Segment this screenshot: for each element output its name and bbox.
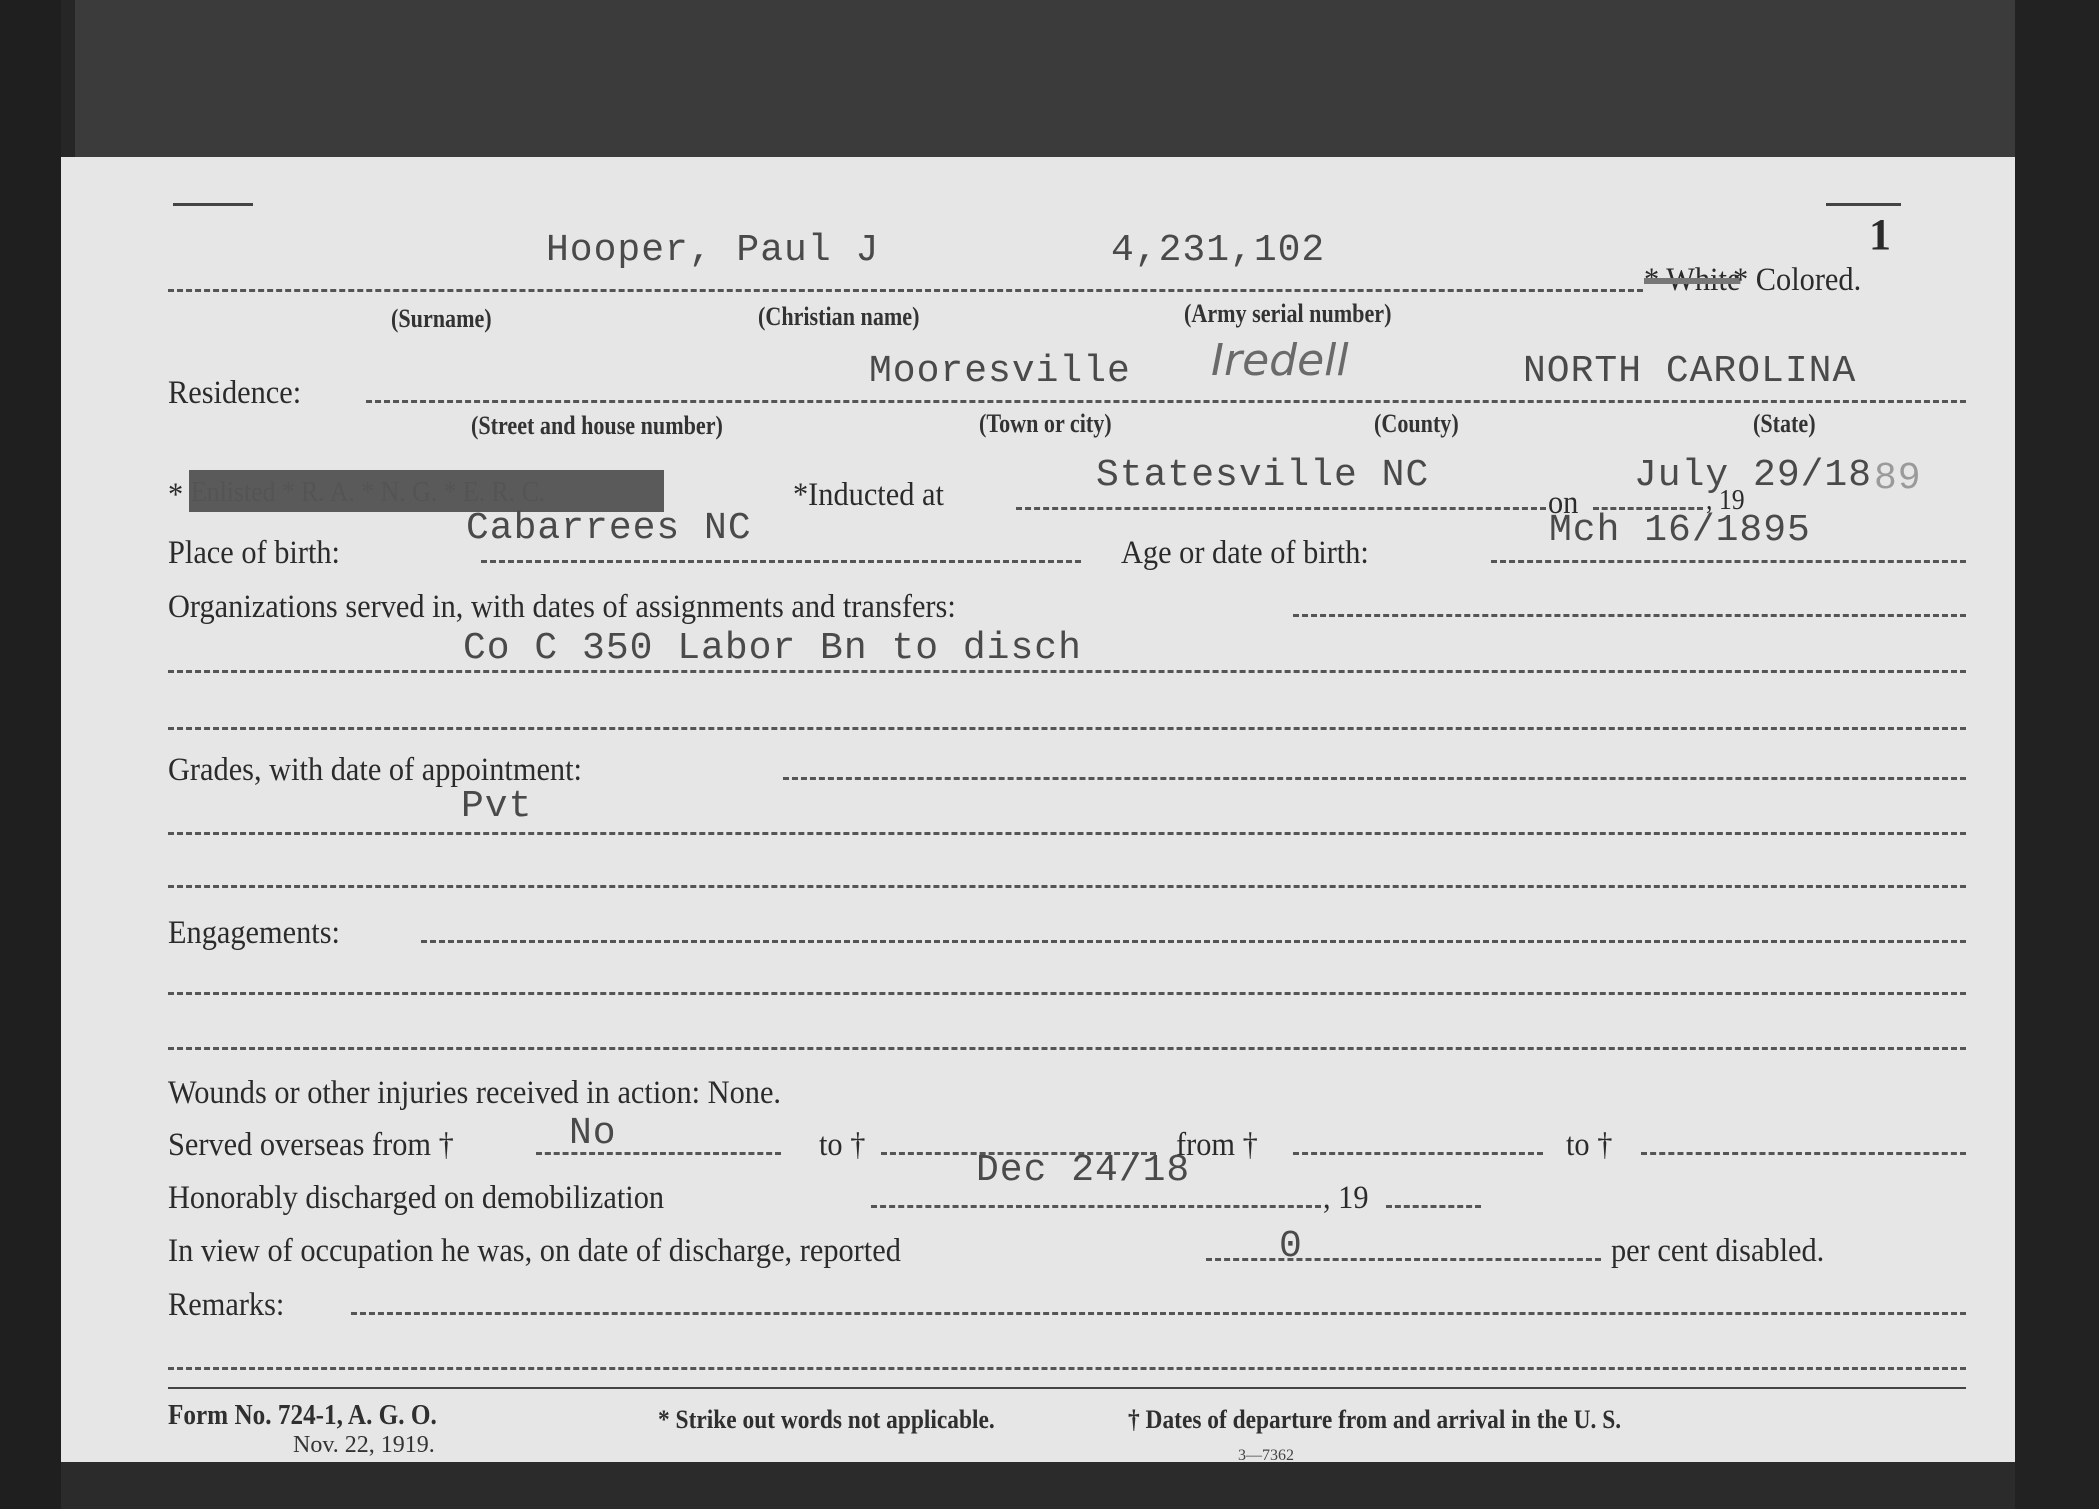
inducted-line <box>1016 507 1546 510</box>
discharge-line <box>871 1205 1321 1208</box>
disability-line <box>1206 1258 1601 1261</box>
inducted-label: *Inducted at <box>793 477 944 514</box>
birth-place-line <box>481 560 1081 563</box>
organizations-value: Co C 350 Labor Bn to disch <box>463 627 1082 670</box>
wounds-label: Wounds or other injuries received in act… <box>168 1075 781 1112</box>
christian-name-label: (Christian name) <box>758 302 919 332</box>
grades-line-1 <box>783 777 1966 780</box>
service-record-card: 1 Hooper, Paul J 4,231,102 * White * Col… <box>61 157 2015 1462</box>
organizations-line-2 <box>168 670 1966 673</box>
town-label: (Town or city) <box>979 409 1112 439</box>
overseas-to2-label: to † <box>1566 1127 1612 1164</box>
residence-line <box>366 400 1966 403</box>
race-colored: * Colored. <box>1733 262 1861 299</box>
top-left-rule <box>173 203 253 206</box>
grades-line-2 <box>168 832 1966 835</box>
remarks-label: Remarks: <box>168 1287 284 1324</box>
birth-date-line <box>1491 560 1966 563</box>
discharge-date-value: Dec 24/18 <box>976 1149 1190 1192</box>
serial-number-label: (Army serial number) <box>1184 299 1391 329</box>
disability-suffix: per cent disabled. <box>1611 1233 1824 1270</box>
form-date: Nov. 22, 1919. <box>293 1432 435 1459</box>
grades-value: Pvt <box>461 785 532 828</box>
birth-place-value: Cabarrees NC <box>466 507 752 550</box>
state-label: (State) <box>1753 409 1816 439</box>
surname-label: (Surname) <box>391 304 492 334</box>
inducted-at-value: Statesville NC <box>1096 454 1429 497</box>
street-label: (Street and house number) <box>471 411 723 441</box>
overseas-from2-line <box>1293 1152 1543 1155</box>
race-white: * White <box>1644 262 1740 299</box>
residence-state: NORTH CAROLINA <box>1523 350 1856 393</box>
residence-label: Residence: <box>168 375 301 412</box>
serial-number-value: 4,231,102 <box>1111 229 1325 272</box>
county-label: (County) <box>1374 409 1459 439</box>
residence-town: Mooresville <box>869 350 1131 393</box>
card-number: 1 <box>1869 209 1891 260</box>
overseas-to-label: to † <box>819 1127 865 1164</box>
induction-stamp: 89 <box>1874 457 1922 500</box>
scanner-border-left <box>0 0 61 1509</box>
overseas-to2-line <box>1641 1152 1966 1155</box>
name-value: Hooper, Paul J <box>546 229 879 272</box>
overseas-value: No <box>569 1112 617 1155</box>
form-number: Form No. 724-1, A. G. O. <box>168 1400 437 1432</box>
organizations-label: Organizations served in, with dates of a… <box>168 589 956 626</box>
discharge-label: Honorably discharged on demobilization <box>168 1180 664 1217</box>
engagements-line-3 <box>168 1047 1966 1050</box>
disability-value: 0 <box>1279 1225 1303 1268</box>
remarks-line-2 <box>168 1367 1966 1370</box>
overseas-from-line <box>536 1152 781 1155</box>
name-line <box>168 289 1643 292</box>
top-right-rule <box>1826 203 1901 206</box>
print-code: 3—7362 <box>1238 1447 1294 1465</box>
organizations-line-3 <box>168 727 1966 730</box>
strike-out-note: * Strike out words not applicable. <box>658 1405 995 1435</box>
induction-date-value: July 29/18 <box>1634 454 1872 497</box>
engagements-line-1 <box>421 940 1966 943</box>
birth-place-label: Place of birth: <box>168 535 340 572</box>
footer-rule <box>168 1387 1966 1389</box>
birth-date-label: Age or date of birth: <box>1121 535 1369 572</box>
grades-line-3 <box>168 885 1966 888</box>
scanner-border-right <box>2015 0 2099 1509</box>
scanner-background <box>75 0 2015 160</box>
engagements-line-2 <box>168 992 1966 995</box>
grades-label: Grades, with date of appointment: <box>168 752 582 789</box>
overseas-from-label: Served overseas from † <box>168 1127 454 1164</box>
remarks-line-1 <box>351 1312 1966 1315</box>
disability-label: In view of occupation he was, on date of… <box>168 1233 901 1270</box>
organizations-line-1 <box>1293 614 1966 617</box>
birth-date-value: Mch 16/1895 <box>1549 509 1811 552</box>
discharge-year-prefix: , 19 <box>1323 1180 1369 1217</box>
residence-county: Iredell <box>1211 335 1349 386</box>
scanner-border-bottom <box>61 1462 2015 1509</box>
dates-note: † Dates of departure from and arrival in… <box>1128 1405 1621 1435</box>
discharge-year-line <box>1386 1205 1481 1208</box>
engagements-label: Engagements: <box>168 915 340 952</box>
enlistment-options-text: Enlisted * R. A. * N. G. * E. R. C. <box>191 477 545 509</box>
enlisted-asterisk: * <box>168 477 183 514</box>
